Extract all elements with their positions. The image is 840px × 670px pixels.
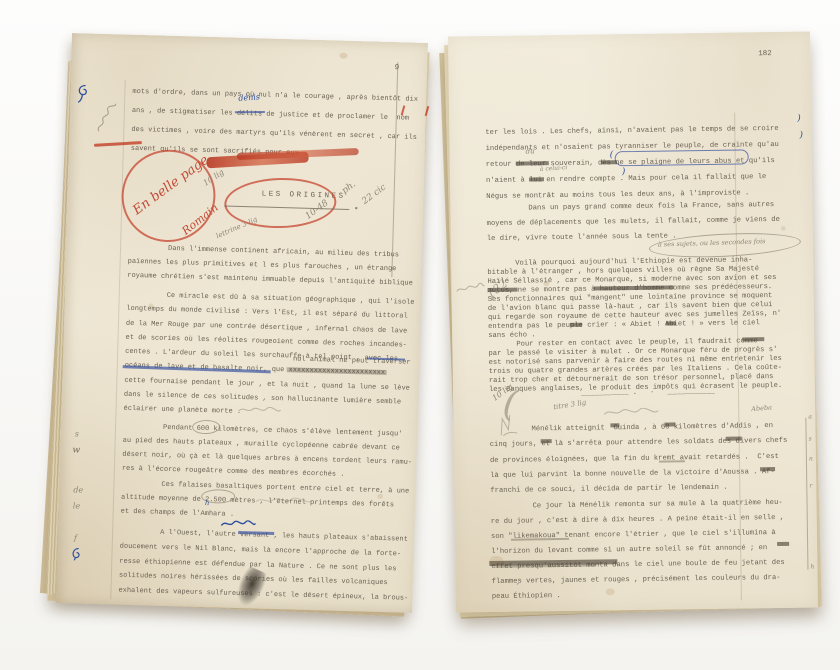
strike-en-jours xyxy=(541,439,552,443)
manuscript-page-right: 182 ter les lois . Les chefs, ainsi, n'a… xyxy=(448,32,818,613)
typed-line: peau Éthiopien . xyxy=(492,586,785,605)
blue-margin-loop xyxy=(70,547,81,560)
paragraph: Ce jour là Ménélik remonta sur sa mule à… xyxy=(490,496,785,605)
margin-letter: a xyxy=(808,414,812,421)
pencil-scribble-margin xyxy=(93,101,121,134)
margin-letter: s xyxy=(75,429,79,438)
margin-letter: le xyxy=(73,501,81,510)
pencil-scribble-interline xyxy=(255,496,313,506)
blue-scribble-versant xyxy=(220,519,256,529)
caret-montrat: ^ xyxy=(546,193,552,201)
margin-rule-left xyxy=(110,80,126,600)
red-tick-2 xyxy=(425,106,430,116)
paragraph: A l'Ouest, l'autre versant , les hauts p… xyxy=(118,525,410,607)
annotation-abeba: Abeba xyxy=(751,403,772,413)
margin-letter: n xyxy=(809,456,813,463)
interline-du: du xyxy=(526,147,535,155)
pencil-scribble-planete xyxy=(237,406,281,415)
paragraph: Pendant 600 kilomètres, ce chaos s'élève… xyxy=(122,420,413,484)
paragraph: Dans l'immense continent africain, au mi… xyxy=(127,241,414,291)
pencil-scribble-m7 xyxy=(496,412,520,437)
strike-lui xyxy=(529,177,544,181)
rule-dot xyxy=(355,207,357,209)
blue-proof-mark xyxy=(75,83,91,103)
pencil-scribble-autos xyxy=(455,282,486,294)
stain xyxy=(543,281,549,286)
blue-close-paren-line2: ) xyxy=(799,131,803,141)
annotation-titre-3-lig: titre 3 lig xyxy=(553,398,587,411)
strike-60 xyxy=(664,422,675,426)
stain xyxy=(781,226,786,231)
strike-abiet-1 xyxy=(570,323,582,327)
photo-background: 9 mots d'ordre, dans un pays où nul n'a … xyxy=(0,0,840,670)
manuscript-page-left: 9 mots d'ordre, dans un pays où nul n'a … xyxy=(56,33,428,613)
paragraph: Voilà pourquoi aujourd'hui l'Ethiopie es… xyxy=(487,256,782,395)
margin-letter: s xyxy=(809,436,812,443)
margin-letter: h xyxy=(810,563,814,570)
section-separator: ___________ . · ___________ xyxy=(581,388,715,398)
pencil-scribble-guinda xyxy=(603,408,659,418)
stain xyxy=(606,588,615,595)
blue-open-paren: ( xyxy=(610,150,614,160)
strike-typed-word xyxy=(235,111,265,113)
strike-des xyxy=(601,160,617,164)
blue-close-paren-line1: ) xyxy=(797,114,801,124)
strike-comme-end xyxy=(742,337,764,341)
margin-letter: r xyxy=(809,483,812,490)
strike-et-aoussa xyxy=(760,467,775,471)
strike-des-divers xyxy=(726,436,742,440)
stain xyxy=(339,53,347,59)
margin-letter: de xyxy=(73,485,83,494)
strike-en-annonce xyxy=(777,542,789,546)
strike-small-atteignit xyxy=(610,423,619,427)
margin-letter: f xyxy=(74,533,77,542)
stain xyxy=(148,303,153,308)
blue-close-paren-compte: ) xyxy=(622,167,626,177)
paragraph: Ce miracle est dû à sa situation géograp… xyxy=(123,288,414,425)
annotation-22-cic: 22 cic xyxy=(360,183,388,207)
accent-ethiopien: ´ xyxy=(515,583,519,592)
blue-bubble-clause xyxy=(615,149,749,166)
correction-denis: dénis xyxy=(238,92,260,103)
right-page-number: 182 xyxy=(758,50,772,58)
margin-letter: w xyxy=(72,445,80,455)
paragraph: Ménélik atteignit Guinda , à 60 kilomètr… xyxy=(489,419,788,500)
strike-abiet-2 xyxy=(666,321,676,325)
